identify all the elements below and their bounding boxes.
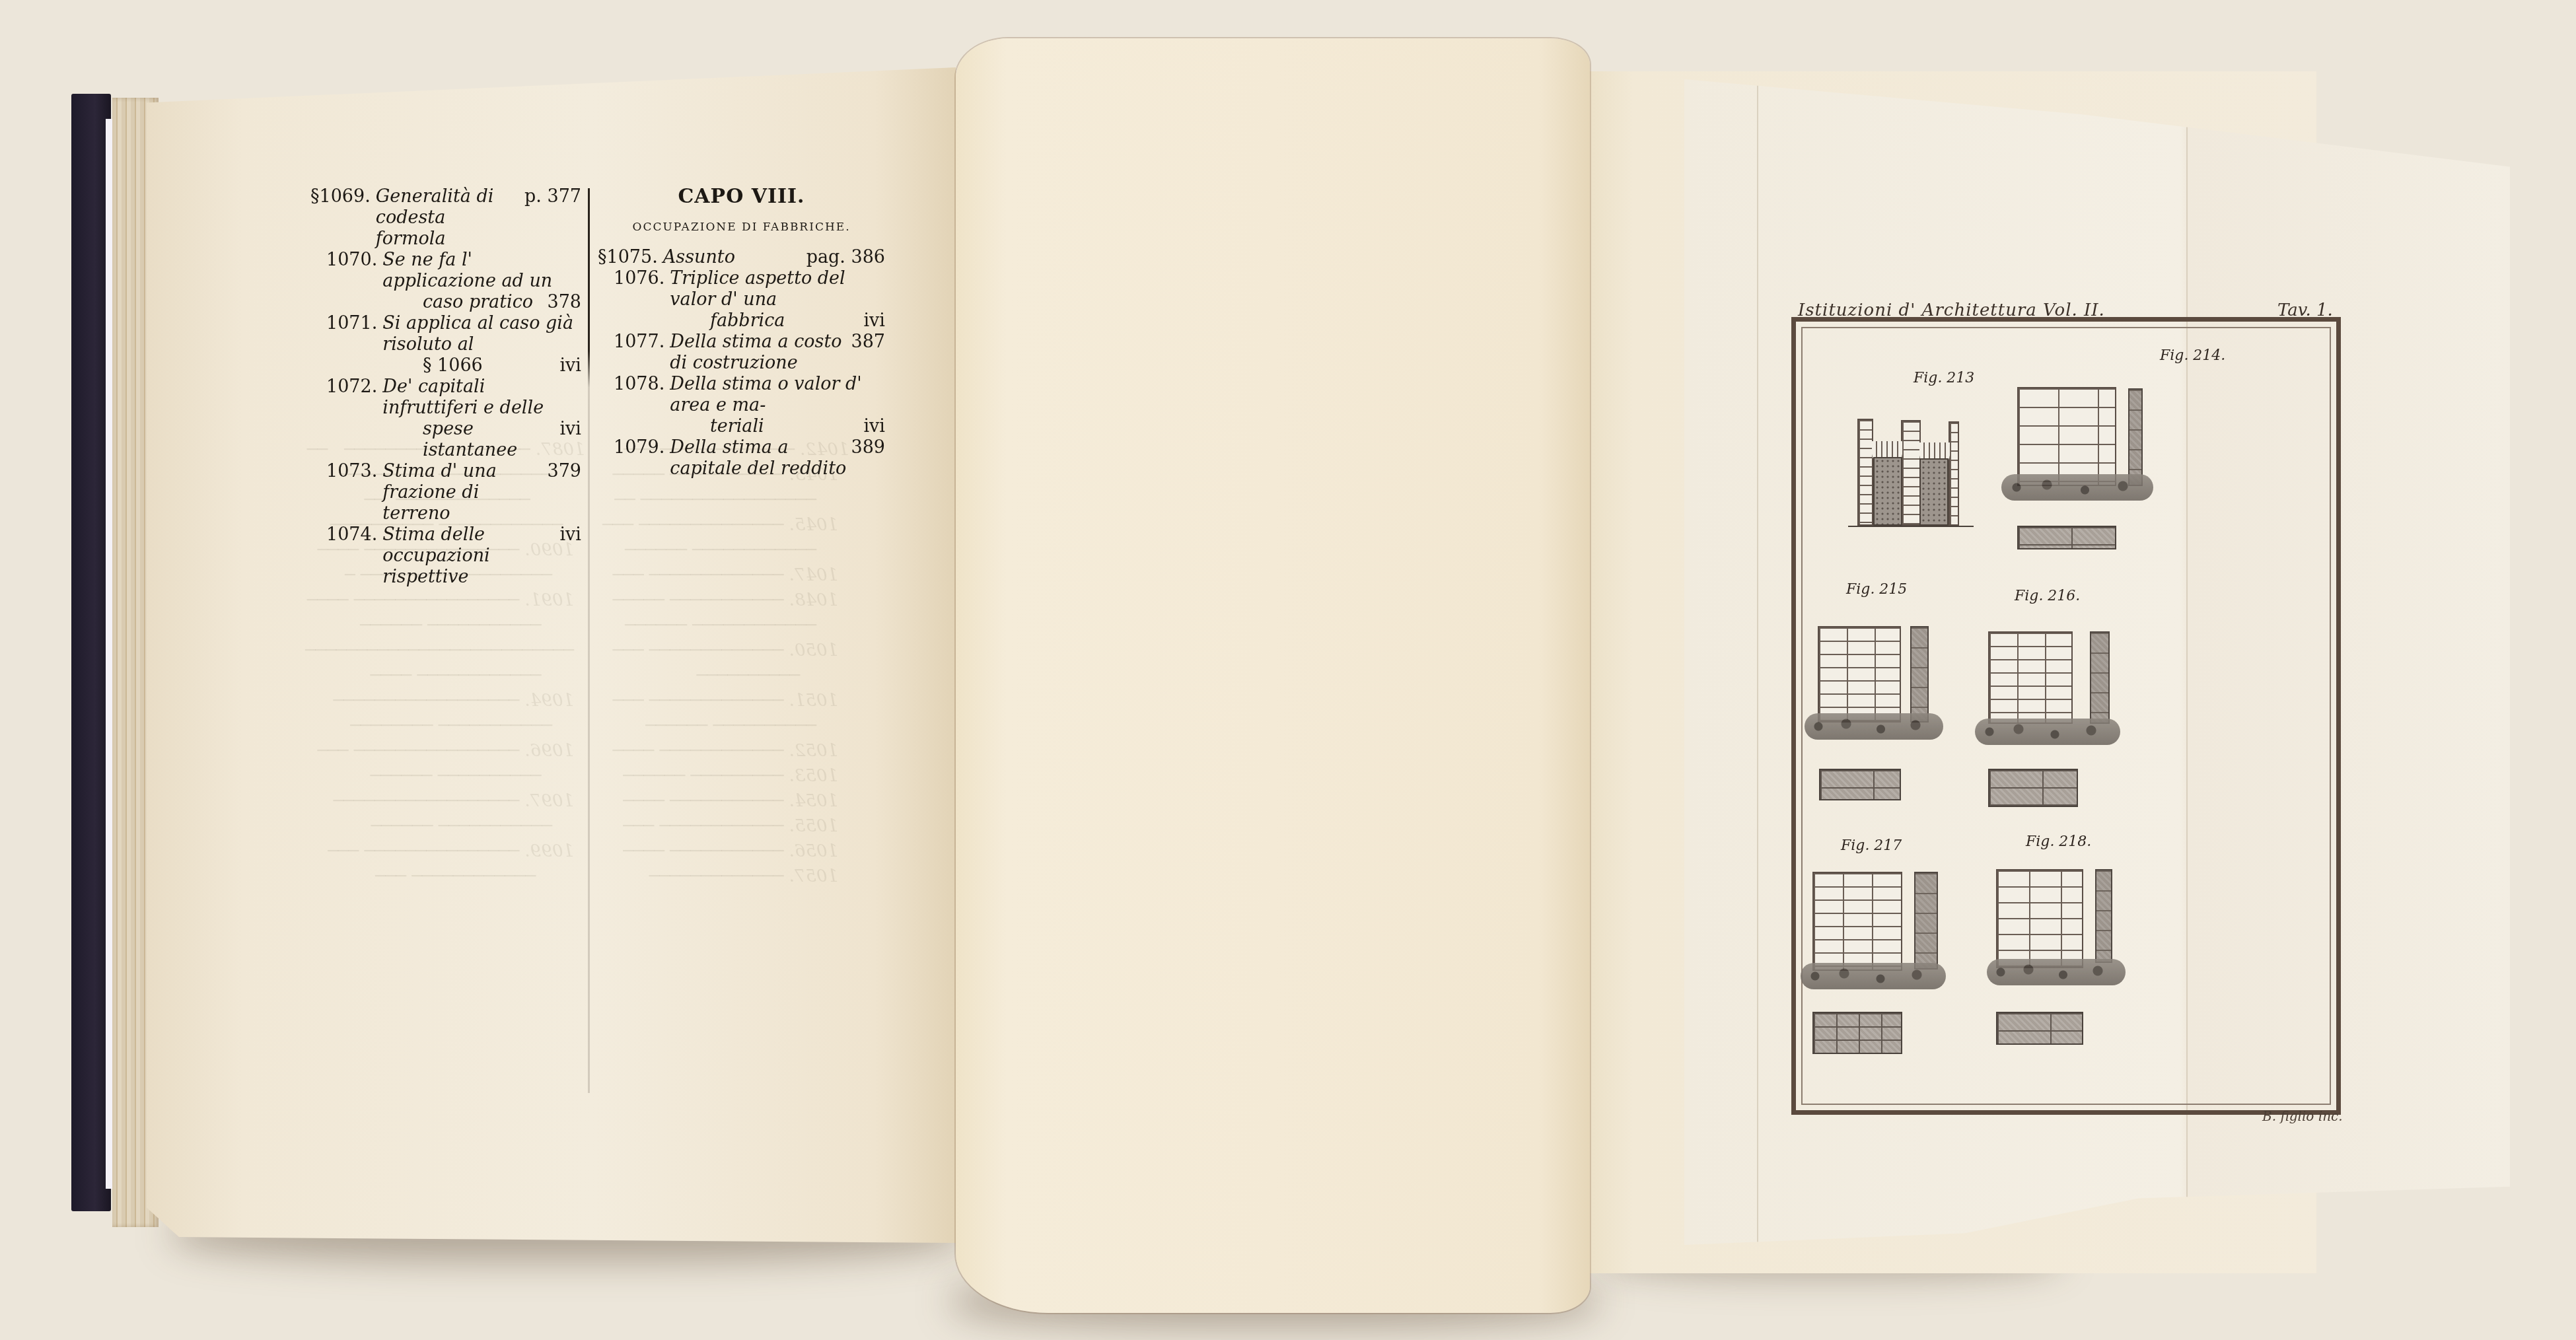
toc-entry-page: ivi: [559, 355, 581, 376]
toc-left-column: §1069. Generalità di codesta formola p. …: [310, 186, 581, 588]
figure-label: Fig. 215: [1846, 581, 1907, 598]
grass-ground: [1805, 713, 1943, 740]
bleed-through-text-2: 1042. ───────────── ─── 1043. ──────────…: [602, 437, 849, 889]
toc-entry-number: 1073.: [310, 461, 377, 482]
column-divider: [588, 188, 590, 1093]
toc-entry-continuation: § 1066 ivi: [310, 355, 581, 376]
figure-label: Fig. 214.: [2160, 347, 2225, 364]
wall-section: [2090, 631, 2110, 724]
toc-entry-page: ivi: [863, 416, 885, 437]
toc-entry-page: ivi: [863, 310, 885, 332]
toc-entry: 1077. Della stima a costo di costruzione…: [598, 332, 885, 374]
toc-entry: §1069. Generalità di codesta formola p. …: [310, 186, 581, 250]
toc-entry: 1074. Stima delle occupazioni rispettive…: [310, 524, 581, 588]
toc-entry-title: Assunto: [658, 247, 803, 268]
toc-entry-number: 1070.: [310, 250, 377, 271]
toc-entry-page: ivi: [559, 419, 581, 461]
toc-entry-title: Generalità di codesta formola: [371, 186, 520, 250]
toc-entry-title: Della stima o valor d' area e ma-: [664, 374, 885, 416]
plate-fold-line: [1757, 79, 1758, 1245]
toc-entry-number: 1078.: [598, 374, 664, 395]
toc-entry-title-cont: teriali: [710, 416, 764, 437]
toc-entry: 1079. Della stima a capitale del reddito…: [598, 437, 885, 479]
grass-ground: [2001, 474, 2153, 501]
figure-label: Fig. 213: [1914, 370, 1974, 386]
toc-entry-number: 1071.: [310, 313, 377, 334]
chapter-subheading: OCCUPAZIONE DI FABBRICHE.: [598, 217, 885, 238]
engraver-signature: B. figlio inc.: [2262, 1108, 2343, 1124]
toc-entry-title: Se ne fa l' applicazione ad un: [377, 250, 581, 292]
toc-entry-page: p. 377: [520, 186, 581, 207]
toc-entry-continuation: spese istantanee ivi: [310, 419, 581, 461]
wall-plan: [1812, 1012, 1902, 1054]
wall-plan: [1996, 1012, 2083, 1045]
toc-entry-title-cont: spese istantanee: [423, 419, 559, 461]
toc-entry-page: 387: [847, 332, 885, 353]
toc-entry-number: 1074.: [310, 524, 377, 546]
brick-wall-elevation: [1996, 869, 2083, 968]
figure-label: Fig. 216.: [2015, 588, 2080, 604]
toc-entry-number: §1075.: [598, 247, 658, 268]
brick-wall-elevation: [2017, 387, 2116, 486]
toc-entry-title-cont: caso pratico: [423, 292, 533, 313]
book-cover-spine: [71, 94, 111, 1211]
wall-section: [1914, 872, 1938, 970]
grass-ground: [1801, 963, 1946, 989]
toc-entry-number: 1076.: [598, 268, 664, 289]
brick-wall-elevation: [1988, 631, 2073, 724]
toc-entry-title-cont: fabbrica: [710, 310, 785, 332]
toc-entry-title-cont: § 1066: [423, 355, 483, 376]
brick-wall-elevation: [1812, 872, 1902, 971]
toc-entry-title: Stima d' una frazione di terreno: [377, 461, 543, 524]
toc-right-column: CAPO VIII. OCCUPAZIONE DI FABBRICHE. §10…: [598, 186, 885, 479]
wall-plan: [1988, 769, 2078, 807]
grass-ground: [1975, 719, 2120, 745]
chapter-heading: CAPO VIII.: [598, 186, 885, 207]
toc-entry-title: Della stima a costo di costruzione: [664, 332, 847, 374]
toc-entry-page: ivi: [555, 524, 581, 546]
ground-line: [1848, 526, 1974, 527]
toc-entry-page: 378: [547, 292, 581, 313]
toc-entry-number: 1072.: [310, 376, 377, 398]
grass-ground: [1987, 959, 2126, 985]
toc-entry-title: Triplice aspetto del valor d' una: [664, 268, 885, 310]
rubble-fill: [1919, 458, 1949, 526]
wall-section: [1910, 626, 1929, 723]
toc-entry: §1075. Assunto pag. 386: [598, 247, 885, 268]
toc-entry-number: §1069.: [310, 186, 371, 207]
toc-entry-title: Della stima a capitale del reddito: [664, 437, 847, 479]
figure-label: Fig. 218.: [2026, 833, 2091, 850]
rubble-fill: [1873, 457, 1902, 526]
toc-entry-title: Stima delle occupazioni rispettive: [377, 524, 555, 588]
wall-section: [2095, 869, 2112, 963]
toc-entry: 1073. Stima d' una frazione di terreno 3…: [310, 461, 581, 524]
toc-entry: 1076. Triplice aspetto del valor d' una: [598, 268, 885, 310]
toc-entry: 1071. Si applica al caso già risoluto al: [310, 313, 581, 355]
toc-entry-title: De' capitali infruttiferi e delle: [377, 376, 581, 419]
brick-pillar: [1857, 419, 1873, 526]
wall-plan: [1819, 769, 1901, 800]
blank-middle-leaf: [956, 38, 1590, 1313]
brick-wall-elevation: [1818, 626, 1901, 723]
toc-entry-number: 1079.: [598, 437, 664, 458]
wall-section: [2128, 388, 2143, 486]
brick-pillar: [1949, 421, 1959, 526]
toc-entry-continuation: fabbrica ivi: [598, 310, 885, 332]
figure-label: Fig. 217: [1841, 837, 1902, 854]
toc-entry-title: Si applica al caso già risoluto al: [377, 313, 581, 355]
toc-entry: 1070. Se ne fa l' applicazione ad un: [310, 250, 581, 292]
toc-entry: 1072. De' capitali infruttiferi e delle: [310, 376, 581, 419]
wall-plan: [2017, 526, 2116, 549]
toc-entry: 1078. Della stima o valor d' area e ma-: [598, 374, 885, 416]
toc-entry-page: 379: [543, 461, 581, 482]
toc-entry-number: 1077.: [598, 332, 664, 353]
toc-entry-continuation: caso pratico 378: [310, 292, 581, 313]
toc-entry-continuation: teriali ivi: [598, 416, 885, 437]
toc-entry-page: 389: [847, 437, 885, 458]
brick-pillar: [1901, 420, 1921, 526]
toc-entry-page: pag. 386: [803, 247, 885, 268]
